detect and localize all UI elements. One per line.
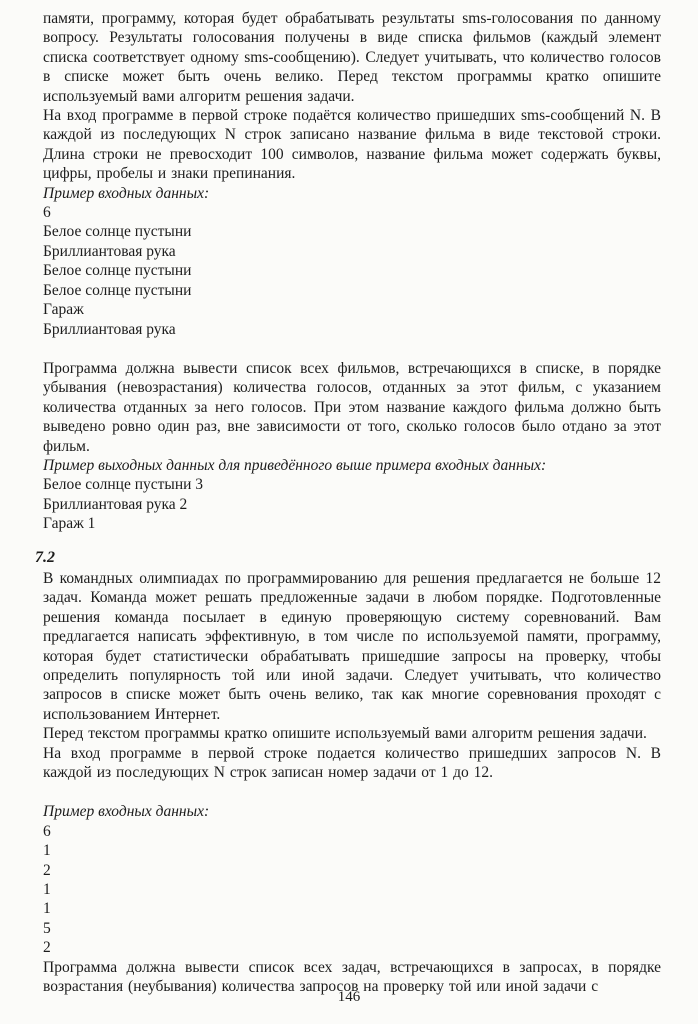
paragraph-olympiad-input-spec: На вход программе в первой строке подает… (43, 744, 661, 783)
paragraph-olympiad-statement: В командных олимпиадах по программирован… (43, 569, 661, 724)
document-page: памяти, программу, которая будет обрабат… (0, 0, 698, 1024)
example-line: 1 (43, 899, 661, 918)
example-line: 1 (43, 841, 661, 860)
paragraph-algorithm-note: Перед текстом программы кратко опишите и… (43, 724, 661, 743)
example-line: 6 (43, 203, 661, 222)
example-line: Белое солнце пустыни (43, 222, 661, 241)
example-line: Бриллиантовая рука 2 (43, 495, 661, 514)
example-line: Гараж 1 (43, 514, 661, 533)
example-line: 1 (43, 880, 661, 899)
example-line: Белое солнце пустыни 3 (43, 475, 661, 494)
example-line: 6 (43, 822, 661, 841)
example-line: Бриллиантовая рука (43, 242, 661, 261)
input-example-block-71: 6 Белое солнце пустыни Бриллиантовая рук… (43, 203, 661, 339)
input-example-block-72: 6 1 2 1 1 5 2 (43, 822, 661, 958)
input-example-label-71: Пример входных данных: (43, 184, 661, 203)
example-line: Бриллиантовая рука (43, 320, 661, 339)
example-line: 5 (43, 919, 661, 938)
example-line: 2 (43, 861, 661, 880)
page-content: памяти, программу, которая будет обрабат… (43, 9, 661, 997)
example-line: Белое солнце пустыни (43, 281, 661, 300)
output-example-label-71: Пример выходных данных для приведённого … (43, 456, 661, 475)
section-heading-72: 7.2 (35, 548, 661, 567)
example-line: 2 (43, 938, 661, 957)
paragraph-sms-input-spec: На вход программе в первой строке подаёт… (43, 106, 661, 184)
page-number: 146 (0, 989, 698, 1006)
paragraph-sms-output-spec: Программа должна вывести список всех фил… (43, 359, 661, 456)
input-example-label-72: Пример входных данных: (43, 802, 661, 821)
paragraph-sms-task-continuation: памяти, программу, которая будет обрабат… (43, 9, 661, 106)
example-line: Гараж (43, 300, 661, 319)
output-example-block-71: Белое солнце пустыни 3 Бриллиантовая рук… (43, 475, 661, 533)
example-line: Белое солнце пустыни (43, 261, 661, 280)
